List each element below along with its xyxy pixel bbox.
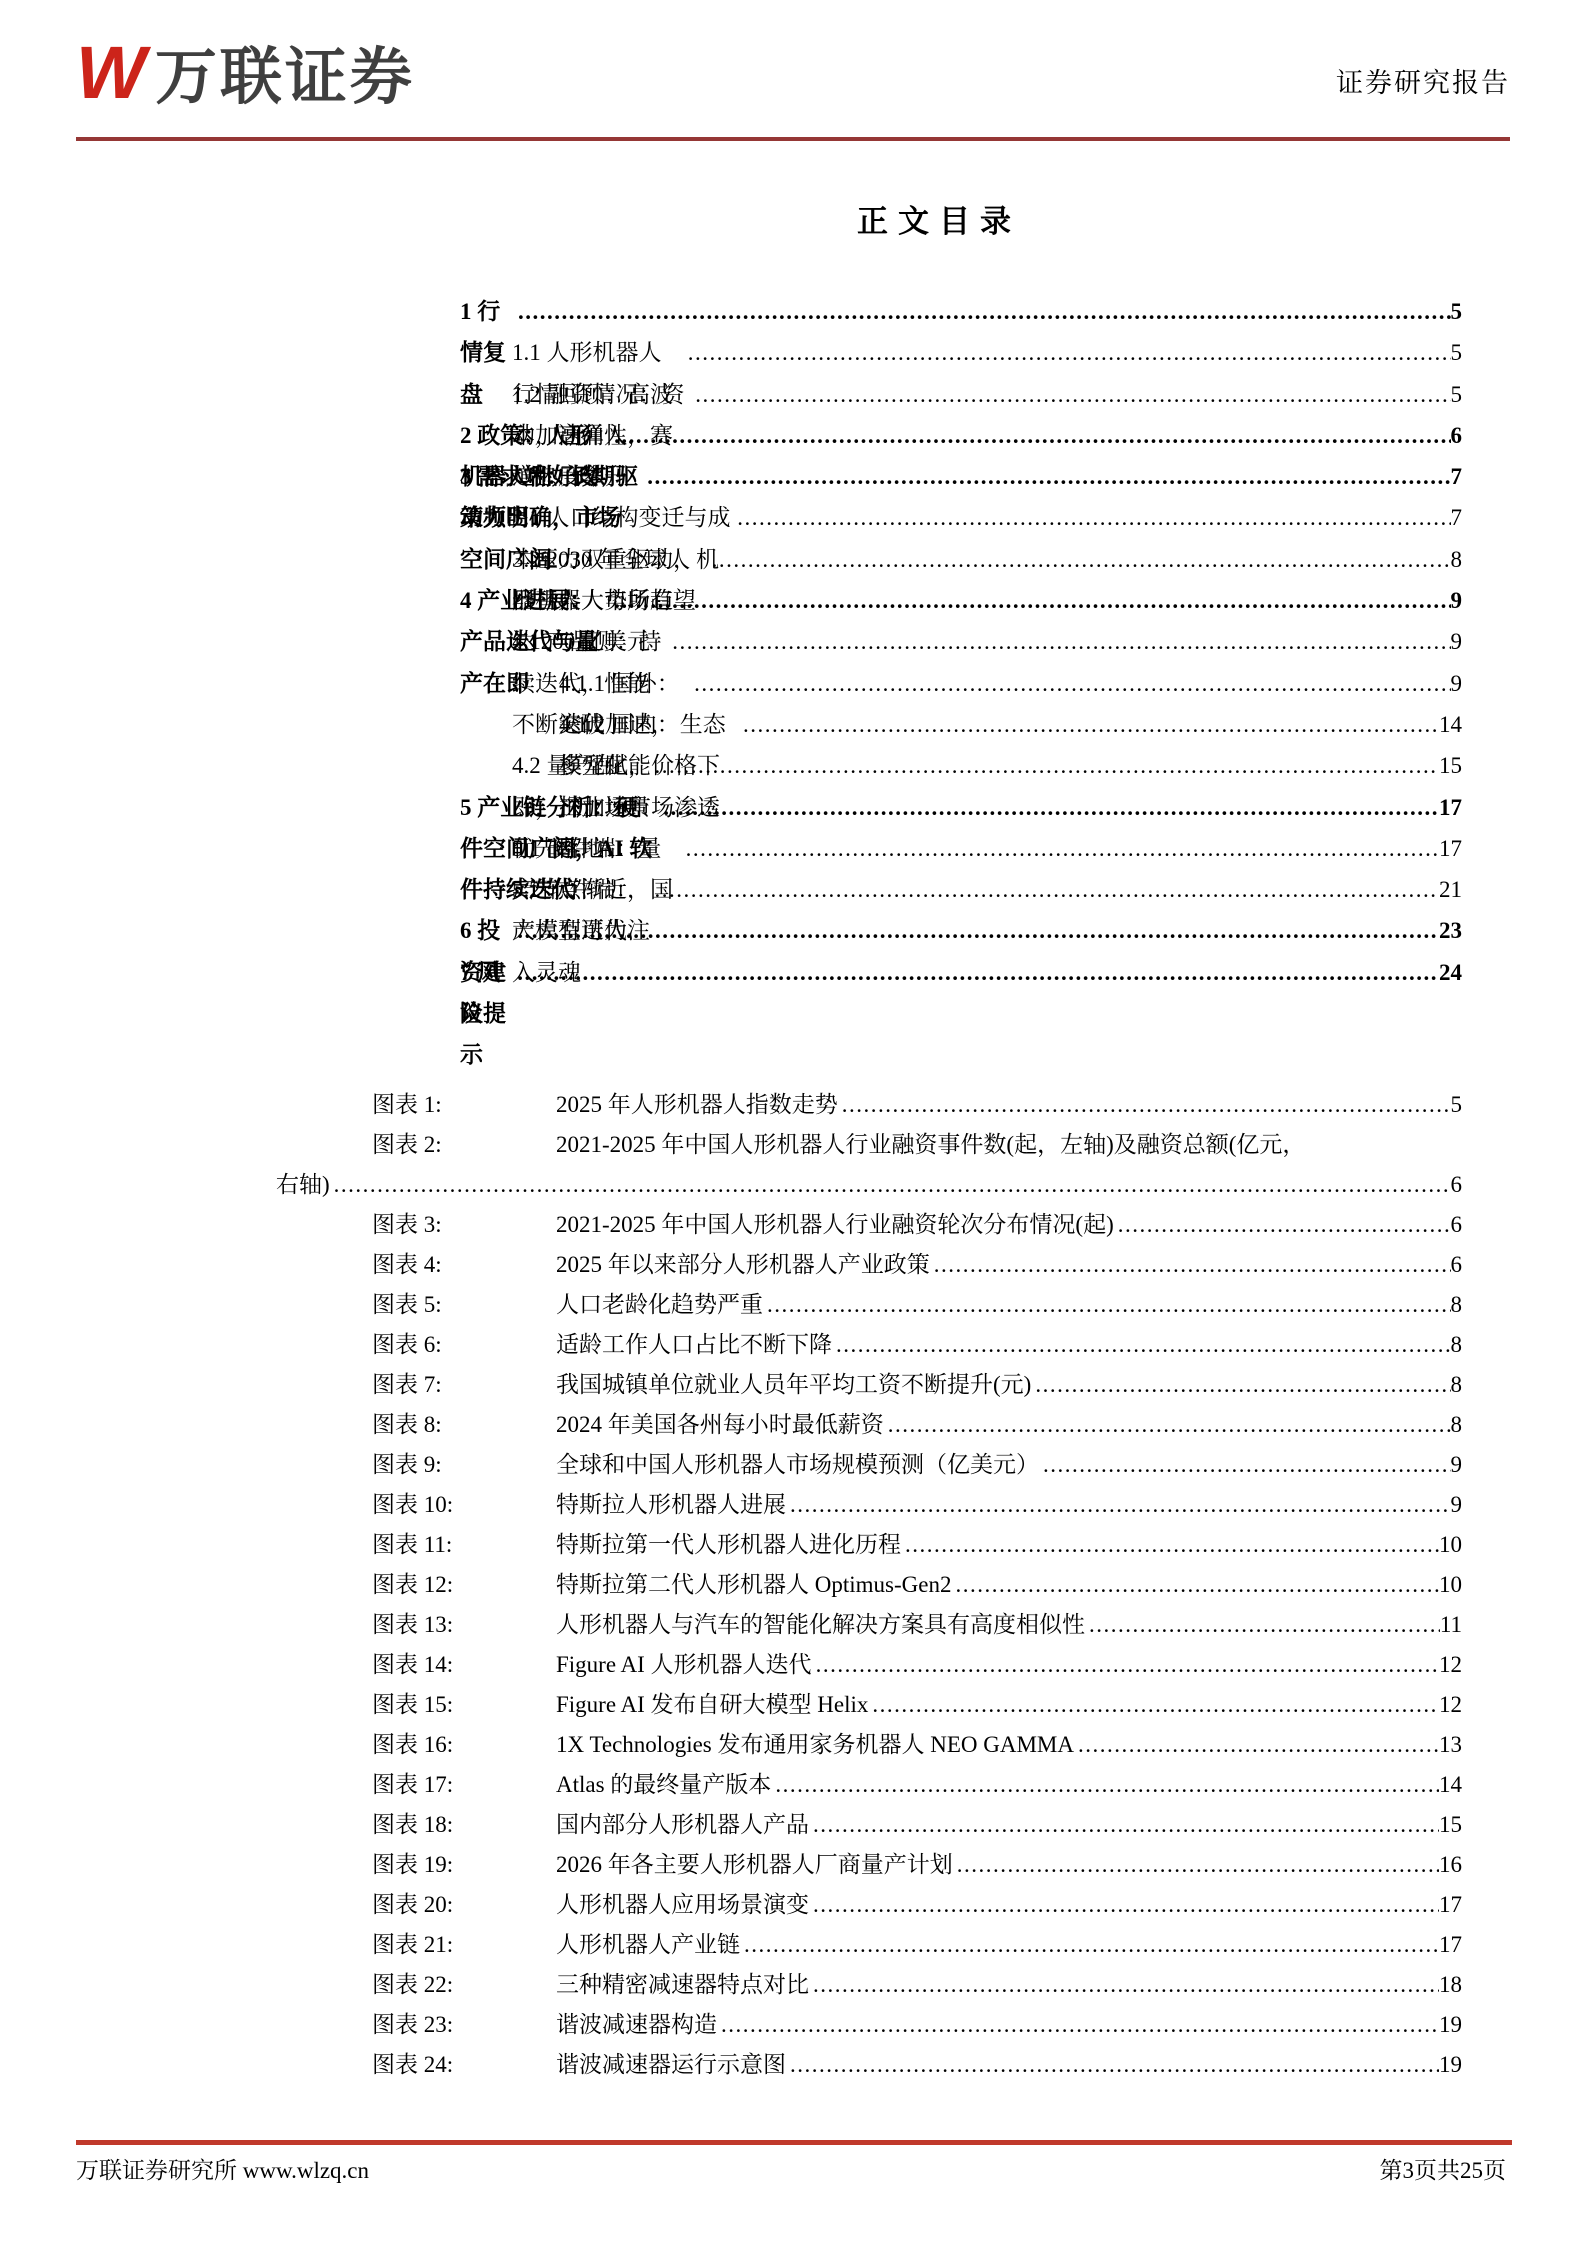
- dot-leader: ........................................…: [643, 456, 1450, 497]
- toc-entry-page: 24: [1439, 952, 1462, 993]
- figure-entry-page: 6: [1451, 1205, 1463, 1245]
- figure-entry-page: 17: [1439, 1925, 1462, 1965]
- toc-entry-page: 7: [1451, 497, 1463, 538]
- toc-chapter-list: 1 行情复盘..................................…: [276, 291, 1462, 993]
- page-footer: 万联证券研究所 www.wlzq.cn 第3页共25页: [76, 2152, 1506, 2185]
- report-type-label: 证券研究报告: [1336, 61, 1510, 108]
- figure-entry[interactable]: 图表 21:人形机器人产业链..........................…: [276, 1925, 1462, 1965]
- toc-entry-page: 5: [1451, 291, 1463, 332]
- brand-logo: W 万联证券: [76, 40, 415, 108]
- toc-entry-page: 5: [1451, 374, 1463, 415]
- toc-entry[interactable]: 1.2 融资情况：资本加速涌入，赛道热度攀升..................…: [276, 374, 1462, 415]
- figure-entry-page: 10: [1439, 1565, 1462, 1605]
- toc-entry-label: 1 行情复盘: [460, 291, 514, 415]
- dot-leader: ........................................…: [812, 1645, 1439, 1685]
- figure-entry-title: 人形机器人产业链: [556, 1925, 740, 1965]
- toc-entry-page: 6: [1451, 415, 1463, 456]
- dot-leader: ........................................…: [514, 291, 1451, 332]
- figure-entry-title: 2025 年以来部分人形机器人产业政策: [556, 1245, 930, 1285]
- figure-entry-title: 1X Technologies 发布通用家务机器人 NEO GAMMA: [556, 1725, 1074, 1765]
- figure-entry[interactable]: 图表 18:国内部分人形机器人产品.......................…: [276, 1805, 1462, 1845]
- figure-entry[interactable]: 图表 19:2026 年各主要人形机器人厂商量产计划..............…: [276, 1845, 1462, 1885]
- dot-leader: ........................................…: [733, 497, 1450, 538]
- dot-leader: ........................................…: [809, 1805, 1439, 1845]
- footer-institute: 万联证券研究所 www.wlzq.cn: [76, 2152, 369, 2185]
- dot-leader: ........................................…: [513, 910, 1439, 951]
- toc-entry[interactable]: 3 需求端：长期驱动力明确，市场空间广阔....................…: [276, 456, 1462, 497]
- brand-logo-w-icon: W: [76, 40, 143, 107]
- figure-entry-page: 8: [1451, 1405, 1463, 1445]
- figure-entry-title: 全球和中国人形机器人市场规模预测（亿美元）: [556, 1445, 1039, 1485]
- toc-entry-page: 9: [1451, 580, 1463, 621]
- toc-entry-page: 9: [1451, 621, 1463, 662]
- figure-entry-title: 特斯拉第一代人形机器人进化历程: [556, 1525, 901, 1565]
- toc-title: 正文目录: [346, 196, 1532, 241]
- toc-entry[interactable]: 4.1.1 国外：迭代加速，模型赋能......................…: [276, 663, 1462, 704]
- figure-entry-number: 图表 19:: [372, 1845, 556, 1885]
- toc-entry-page: 15: [1439, 745, 1462, 786]
- toc-entry[interactable]: 3.1 人口结构变迁与成本压力双重驱动，机器替人大势所趋............…: [276, 497, 1462, 538]
- figure-entry-title: 2025 年人形机器人指数走势: [556, 1085, 838, 1125]
- dot-leader: ........................................…: [953, 1845, 1439, 1885]
- figure-entry-title: 2024 年美国各州每小时最低薪资: [556, 1405, 884, 1445]
- dot-leader: ........................................…: [717, 2005, 1439, 2045]
- figure-entry-title: 适龄工作人口占比不断下降: [556, 1325, 832, 1365]
- figure-entry-title: 特斯拉第二代人形机器人 Optimus-Gen2: [556, 1565, 951, 1605]
- figure-entry-number: 图表 14:: [372, 1645, 556, 1685]
- figure-entry-title: Figure AI 发布自研大模型 Helix: [556, 1685, 868, 1725]
- toc-entry-page: 14: [1439, 704, 1462, 745]
- figure-entry-number: 图表 20:: [372, 1885, 556, 1925]
- figure-entry[interactable]: 图表 6:适龄工作人口占比不断下降.......................…: [276, 1325, 1462, 1365]
- dot-leader: ........................................…: [809, 1885, 1439, 1925]
- figure-entry[interactable]: 图表 3:2021-2025 年中国人形机器人行业融资轮次分布情况(起)....…: [276, 1205, 1462, 1245]
- figure-entry-page: 8: [1451, 1285, 1463, 1325]
- figure-entry-title: 三种精密减速器特点对比: [556, 1965, 809, 2005]
- figure-entry-number: 图表 24:: [372, 2045, 556, 2085]
- dot-leader: ........................................…: [1085, 1605, 1440, 1645]
- figure-entry-number: 图表 12:: [372, 1565, 556, 1605]
- toc-entry-page: 8: [1451, 539, 1463, 580]
- toc-entry[interactable]: 7 风险提示..................................…: [276, 952, 1462, 993]
- dot-leader: ........................................…: [786, 1485, 1451, 1525]
- figure-entry[interactable]: 图表 7:我国城镇单位就业人员年平均工资不断提升(元).............…: [276, 1365, 1462, 1405]
- figure-entry-page: 18: [1439, 1965, 1462, 2005]
- figure-entry-page: 13: [1439, 1725, 1462, 1765]
- figure-entry-title: 我国城镇单位就业人员年平均工资不断提升(元): [556, 1365, 1031, 1405]
- figure-entry-number: 图表 23:: [372, 2005, 556, 2045]
- figure-entry-number: 图表 5:: [372, 1285, 556, 1325]
- figure-entry[interactable]: 图表 14:Figure AI 人形机器人迭代.................…: [276, 1645, 1462, 1685]
- figure-entry-title: Figure AI 人形机器人迭代: [556, 1645, 812, 1685]
- figure-entry-title: 2021-2025 年中国人形机器人行业融资事件数(起，左轴)及融资总额(亿元，: [556, 1125, 1305, 1165]
- figure-entry-page: 5: [1451, 1085, 1463, 1125]
- figure-entry[interactable]: 图表 24:谐波减速器运行示意图........................…: [276, 2045, 1462, 2085]
- figure-entry[interactable]: 图表 5:人口老龄化趋势严重..........................…: [276, 1285, 1462, 1325]
- toc-entry[interactable]: 5.2 软件端：大模型迭代注入灵魂.......................…: [276, 869, 1462, 910]
- figure-entry-title: 人形机器人与汽车的智能化解决方案具有高度相似性: [556, 1605, 1085, 1645]
- toc-entry[interactable]: 1.1 人形机器人行情回顾：高波动，高弹性...................…: [276, 332, 1462, 373]
- figure-entry[interactable]: 图表 15:Figure AI 发布自研大模型 Helix...........…: [276, 1685, 1462, 1725]
- toc-entry[interactable]: 4 产业进展：产品迭代与量产在即........................…: [276, 580, 1462, 621]
- dot-leader: ........................................…: [930, 1245, 1451, 1285]
- dot-leader: ........................................…: [684, 332, 1451, 373]
- figure-entry-number: 图表 8:: [372, 1405, 556, 1445]
- toc-entry[interactable]: 4.1 产品侧：持续迭代，性能不断突破.....................…: [276, 621, 1462, 662]
- figure-entry-title: 特斯拉人形机器人进展: [556, 1485, 786, 1525]
- dot-leader: ........................................…: [740, 1925, 1439, 1965]
- figure-entry-title: 国内部分人形机器人产品: [556, 1805, 809, 1845]
- figure-entry-page: 19: [1439, 2005, 1462, 2045]
- dot-leader: ........................................…: [771, 1765, 1439, 1805]
- figure-entry-page: 6: [1451, 1165, 1463, 1205]
- dot-leader: ........................................…: [868, 1685, 1439, 1725]
- figure-entry-title: 人形机器人应用场景演变: [556, 1885, 809, 1925]
- toc-entry[interactable]: 2 政策：人形机器人利好政策频出........................…: [276, 415, 1462, 456]
- dot-leader: ........................................…: [650, 869, 1439, 910]
- figure-entry-number: 图表 18:: [372, 1805, 556, 1845]
- figure-entry[interactable]: 图表 22:三种精密减速器特点对比.......................…: [276, 1965, 1462, 2005]
- toc-figure-list: 图表 1:2025 年人形机器人指数走势....................…: [276, 1085, 1462, 2085]
- figure-entry[interactable]: 图表 8:2024 年美国各州每小时最低薪资..................…: [276, 1405, 1462, 1445]
- figure-entry-number: 图表 3:: [372, 1205, 556, 1245]
- figure-entry-page: 17: [1439, 1885, 1462, 1925]
- figure-entry-number: 图表 7:: [372, 1365, 556, 1405]
- report-header: W 万联证券 证券研究报告: [76, 40, 1510, 114]
- figure-entry[interactable]: 图表 17:Atlas 的最终量产版本.....................…: [276, 1765, 1462, 1805]
- dot-leader: ........................................…: [809, 1965, 1439, 2005]
- figure-entry-title: 2026 年各主要人形机器人厂商量产计划: [556, 1845, 953, 1885]
- header-rule: [76, 137, 1510, 141]
- toc-entry[interactable]: 5 产业链分析：硬件空间广阔，AI 软件持续迭代................…: [276, 787, 1462, 828]
- figure-entry-number: 图表 21:: [372, 1925, 556, 1965]
- toc-entry-page: 17: [1439, 828, 1462, 869]
- figure-entry[interactable]: 图表 2:2021-2025 年中国人形机器人行业融资事件数(起，左轴)及融资总…: [276, 1125, 1462, 1165]
- figure-entry-number: 图表 17:: [372, 1765, 556, 1805]
- figure-entry-title: 谐波减速器运行示意图: [556, 2045, 786, 2085]
- figure-entry-page: 16: [1439, 1845, 1462, 1885]
- dot-leader: ........................................…: [786, 2045, 1439, 2085]
- figure-entry-number: 图表 11:: [372, 1525, 556, 1565]
- figure-entry-page: 11: [1440, 1605, 1462, 1645]
- dot-leader: ........................................…: [659, 787, 1439, 828]
- figure-entry-number: 图表 2:: [372, 1125, 556, 1165]
- dot-leader: ........................................…: [650, 745, 1439, 786]
- figure-entry[interactable]: 图表 20:人形机器人应用场景演变.......................…: [276, 1885, 1462, 1925]
- dot-leader: ........................................…: [1031, 1365, 1450, 1405]
- dot-leader: ........................................…: [690, 663, 1450, 704]
- dot-leader: ........................................…: [1074, 1725, 1439, 1765]
- figure-entry-number: 图表 10:: [372, 1485, 556, 1525]
- figure-entry-page: 12: [1439, 1645, 1462, 1685]
- toc-entry[interactable]: 4.1.2 国内：生态多元化，价格下探加速市场渗透...............…: [276, 704, 1462, 745]
- figure-entry[interactable]: 图表 16:1X Technologies 发布通用家务机器人 NEO GAMM…: [276, 1725, 1462, 1765]
- dot-leader: ........................................…: [668, 621, 1450, 662]
- figure-entry[interactable]: 图表 4:2025 年以来部分人形机器人产业政策................…: [276, 1245, 1462, 1285]
- figure-entry-number: 图表 9:: [372, 1445, 556, 1485]
- figure-entry-page: 19: [1439, 2045, 1462, 2085]
- dot-leader: ........................................…: [610, 580, 1450, 621]
- toc-entry[interactable]: 3.2 2030 年全球人形机器人市场有望达 200 亿美元..........…: [276, 539, 1462, 580]
- toc-entry[interactable]: 5.1 硬件端：量产节点渐近，国产大有可为...................…: [276, 828, 1462, 869]
- toc-entry-page: 5: [1451, 332, 1463, 373]
- figure-entry[interactable]: 图表 11:特斯拉第一代人形机器人进化历程...................…: [276, 1525, 1462, 1565]
- dot-leader: ........................................…: [708, 539, 1451, 580]
- figure-entry-page: 14: [1439, 1765, 1462, 1805]
- figure-entry-number: 图表 16:: [372, 1725, 556, 1765]
- figure-entry-title: 2021-2025 年中国人形机器人行业融资轮次分布情况(起): [556, 1205, 1114, 1245]
- figure-entry-page: 8: [1451, 1365, 1463, 1405]
- figure-entry-page: 9: [1451, 1485, 1463, 1525]
- figure-entry[interactable]: 图表 12:特斯拉第二代人形机器人 Optimus-Gen2..........…: [276, 1565, 1462, 1605]
- figure-entry-title: 右轴): [276, 1165, 330, 1205]
- dot-leader: ........................................…: [610, 415, 1450, 456]
- figure-entry-number: 图表 15:: [372, 1685, 556, 1725]
- figure-entry-page: 12: [1439, 1685, 1462, 1725]
- figure-entry-page: 10: [1439, 1525, 1462, 1565]
- figure-entry-number: 图表 13:: [372, 1605, 556, 1645]
- brand-logo-name: 万联证券: [155, 49, 415, 108]
- dot-leader: ........................................…: [682, 828, 1439, 869]
- dot-leader: ........................................…: [763, 1285, 1451, 1325]
- figure-entry[interactable]: 图表 9:全球和中国人形机器人市场规模预测（亿美元）..............…: [276, 1445, 1462, 1485]
- figure-entry-number: 图表 6:: [372, 1325, 556, 1365]
- footer-rule: [76, 2140, 1512, 2145]
- toc-entry-page: 21: [1439, 869, 1462, 910]
- toc-entry[interactable]: 6 投资建议..................................…: [276, 910, 1462, 951]
- figure-entry-page: 15: [1439, 1805, 1462, 1845]
- figure-entry-title: 谐波减速器构造: [556, 2005, 717, 2045]
- dot-leader: ........................................…: [1039, 1445, 1451, 1485]
- toc-content: 正文目录 1 行情复盘.............................…: [276, 196, 1462, 2085]
- dot-leader: ........................................…: [884, 1405, 1451, 1445]
- toc-entry-page: 17: [1439, 787, 1462, 828]
- toc-entry[interactable]: 1 行情复盘..................................…: [276, 291, 1462, 332]
- dot-leader: ........................................…: [1114, 1205, 1451, 1245]
- toc-entry-page: 23: [1439, 910, 1462, 951]
- figure-entry-page: 9: [1451, 1445, 1463, 1485]
- figure-entry[interactable]: 图表 1:2025 年人形机器人指数走势....................…: [276, 1085, 1462, 1125]
- dot-leader: ........................................…: [901, 1525, 1439, 1565]
- figure-entry[interactable]: 图表 23:谐波减速器构造...........................…: [276, 2005, 1462, 2045]
- figure-entry-title: Atlas 的最终量产版本: [556, 1765, 771, 1805]
- toc-entry-page: 9: [1451, 663, 1463, 704]
- figure-entry-number: 图表 22:: [372, 1965, 556, 2005]
- figure-entry-number: 图表 4:: [372, 1245, 556, 1285]
- figure-entry-number: 图表 1:: [372, 1085, 556, 1125]
- figure-entry[interactable]: 右轴).....................................…: [276, 1165, 1462, 1205]
- dot-leader: ........................................…: [832, 1325, 1451, 1365]
- toc-entry-label: 7 风险提示: [460, 952, 513, 1076]
- figure-entry-title: 人口老龄化趋势严重: [556, 1285, 763, 1325]
- figure-entry[interactable]: 图表 13:人形机器人与汽车的智能化解决方案具有高度相似性...........…: [276, 1605, 1462, 1645]
- dot-leader: ........................................…: [838, 1085, 1451, 1125]
- dot-leader: ........................................…: [739, 704, 1439, 745]
- figure-entry-page: 8: [1451, 1325, 1463, 1365]
- figure-entry[interactable]: 图表 10:特斯拉人形机器人进展........................…: [276, 1485, 1462, 1525]
- toc-entry[interactable]: 4.2 量产在即，工业场景优先落地.......................…: [276, 745, 1462, 786]
- footer-page-number: 第3页共25页: [1380, 2152, 1507, 2185]
- dot-leader: ........................................…: [691, 374, 1450, 415]
- dot-leader: ........................................…: [951, 1565, 1439, 1605]
- figure-entry-page: 6: [1451, 1245, 1463, 1285]
- toc-entry-page: 7: [1451, 456, 1463, 497]
- dot-leader: ........................................…: [513, 952, 1439, 993]
- dot-leader: ........................................…: [330, 1165, 1451, 1205]
